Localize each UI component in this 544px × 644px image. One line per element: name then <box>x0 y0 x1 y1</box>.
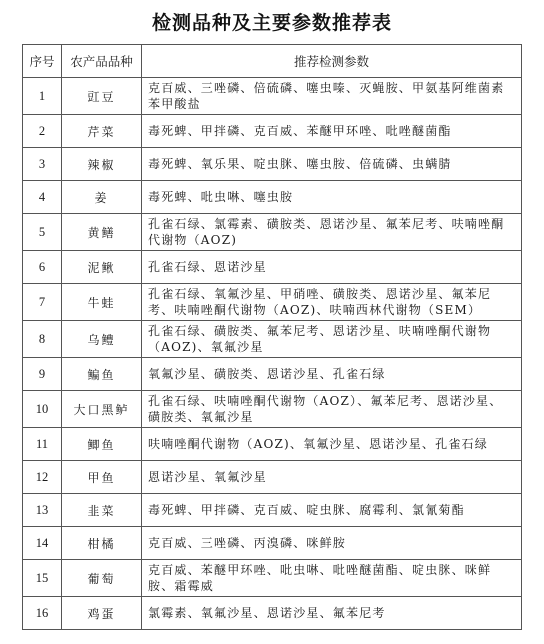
row-number: 4 <box>23 181 62 214</box>
table-row: 12甲鱼恩诺沙星、氧氟沙星 <box>23 461 522 494</box>
header-recommended-parameters: 推荐检测参数 <box>142 45 522 78</box>
row-number: 7 <box>23 284 62 321</box>
product-variety: 韭菜 <box>62 494 142 527</box>
row-number: 14 <box>23 527 62 560</box>
table-row: 11鲫鱼呋喃唑酮代谢物（AOZ)、氧氟沙星、恩诺沙星、孔雀石绿 <box>23 428 522 461</box>
product-variety: 鸡蛋 <box>62 597 142 630</box>
table-row: 2芹菜毒死蜱、甲拌磷、克百威、苯醚甲环唑、吡唑醚菌酯 <box>23 115 522 148</box>
product-variety: 鳊鱼 <box>62 358 142 391</box>
table-row: 1豇豆克百威、三唑磷、倍硫磷、噻虫嗪、灭蝇胺、甲氨基阿维菌素苯甲酸盐 <box>23 78 522 115</box>
table-row: 14柑橘克百威、三唑磷、丙溴磷、咪鲜胺 <box>23 527 522 560</box>
product-variety: 鲫鱼 <box>62 428 142 461</box>
table-row: 15葡萄克百威、苯醚甲环唑、吡虫啉、吡唑醚菌酯、啶虫脒、咪鲜胺、霜霉威 <box>23 560 522 597</box>
table-row: 5黄鳝孔雀石绿、氯霉素、磺胺类、恩诺沙星、氟苯尼考、呋喃唑酮代谢物（AOZ) <box>23 214 522 251</box>
row-number: 16 <box>23 597 62 630</box>
recommended-parameters-table: 序号 农产品品种 推荐检测参数 1豇豆克百威、三唑磷、倍硫磷、噻虫嗪、灭蝇胺、甲… <box>22 44 522 630</box>
recommended-parameters: 氯霉素、氧氟沙星、恩诺沙星、氟苯尼考 <box>142 597 522 630</box>
product-variety: 葡萄 <box>62 560 142 597</box>
product-variety: 辣椒 <box>62 148 142 181</box>
product-variety: 牛蛙 <box>62 284 142 321</box>
header-product-variety: 农产品品种 <box>62 45 142 78</box>
recommended-parameters: 孔雀石绿、氧氟沙星、甲硝唑、磺胺类、恩诺沙星、氟苯尼考、呋喃唑酮代谢物（AOZ)… <box>142 284 522 321</box>
product-variety: 黄鳝 <box>62 214 142 251</box>
recommended-parameters: 毒死蜱、吡虫啉、噻虫胺 <box>142 181 522 214</box>
product-variety: 甲鱼 <box>62 461 142 494</box>
product-variety: 泥鳅 <box>62 251 142 284</box>
row-number: 5 <box>23 214 62 251</box>
recommended-parameters: 呋喃唑酮代谢物（AOZ)、氧氟沙星、恩诺沙星、孔雀石绿 <box>142 428 522 461</box>
recommended-parameters: 克百威、苯醚甲环唑、吡虫啉、吡唑醚菌酯、啶虫脒、咪鲜胺、霜霉威 <box>142 560 522 597</box>
product-variety: 大口黑鲈 <box>62 391 142 428</box>
recommended-parameters: 孔雀石绿、磺胺类、氟苯尼考、恩诺沙星、呋喃唑酮代谢物（AOZ)、氧氟沙星 <box>142 321 522 358</box>
recommended-parameters: 毒死蜱、甲拌磷、克百威、苯醚甲环唑、吡唑醚菌酯 <box>142 115 522 148</box>
header-serial-number: 序号 <box>23 45 62 78</box>
row-number: 15 <box>23 560 62 597</box>
recommended-parameters: 孔雀石绿、恩诺沙星 <box>142 251 522 284</box>
row-number: 8 <box>23 321 62 358</box>
product-variety: 芹菜 <box>62 115 142 148</box>
recommended-parameters: 恩诺沙星、氧氟沙星 <box>142 461 522 494</box>
row-number: 13 <box>23 494 62 527</box>
table-row: 4姜毒死蜱、吡虫啉、噻虫胺 <box>23 181 522 214</box>
row-number: 11 <box>23 428 62 461</box>
table-row: 6泥鳅孔雀石绿、恩诺沙星 <box>23 251 522 284</box>
row-number: 10 <box>23 391 62 428</box>
document-title: 检测品种及主要参数推荐表 <box>0 8 544 35</box>
table-row: 9鳊鱼氧氟沙星、磺胺类、恩诺沙星、孔雀石绿 <box>23 358 522 391</box>
recommended-parameters: 克百威、三唑磷、倍硫磷、噻虫嗪、灭蝇胺、甲氨基阿维菌素苯甲酸盐 <box>142 78 522 115</box>
table-row: 3辣椒毒死蜱、氧乐果、啶虫脒、噻虫胺、倍硫磷、虫螨腈 <box>23 148 522 181</box>
recommended-parameters: 毒死蜱、甲拌磷、克百威、啶虫脒、腐霉利、氯氰菊酯 <box>142 494 522 527</box>
row-number: 3 <box>23 148 62 181</box>
row-number: 6 <box>23 251 62 284</box>
row-number: 1 <box>23 78 62 115</box>
row-number: 12 <box>23 461 62 494</box>
table-row: 13韭菜毒死蜱、甲拌磷、克百威、啶虫脒、腐霉利、氯氰菊酯 <box>23 494 522 527</box>
product-variety: 柑橘 <box>62 527 142 560</box>
row-number: 9 <box>23 358 62 391</box>
recommended-parameters: 氧氟沙星、磺胺类、恩诺沙星、孔雀石绿 <box>142 358 522 391</box>
table-row: 16鸡蛋氯霉素、氧氟沙星、恩诺沙星、氟苯尼考 <box>23 597 522 630</box>
product-variety: 豇豆 <box>62 78 142 115</box>
table-header-row: 序号 农产品品种 推荐检测参数 <box>23 45 522 78</box>
recommended-parameters: 毒死蜱、氧乐果、啶虫脒、噻虫胺、倍硫磷、虫螨腈 <box>142 148 522 181</box>
product-variety: 乌鳢 <box>62 321 142 358</box>
product-variety: 姜 <box>62 181 142 214</box>
table-row: 10大口黑鲈孔雀石绿、呋喃唑酮代谢物（AOZ）、氟苯尼考、恩诺沙星、磺胺类、氧氟… <box>23 391 522 428</box>
recommended-parameters: 孔雀石绿、呋喃唑酮代谢物（AOZ）、氟苯尼考、恩诺沙星、磺胺类、氧氟沙星 <box>142 391 522 428</box>
table-row: 8乌鳢孔雀石绿、磺胺类、氟苯尼考、恩诺沙星、呋喃唑酮代谢物（AOZ)、氧氟沙星 <box>23 321 522 358</box>
table-row: 7牛蛙孔雀石绿、氧氟沙星、甲硝唑、磺胺类、恩诺沙星、氟苯尼考、呋喃唑酮代谢物（A… <box>23 284 522 321</box>
recommended-parameters: 克百威、三唑磷、丙溴磷、咪鲜胺 <box>142 527 522 560</box>
recommended-parameters: 孔雀石绿、氯霉素、磺胺类、恩诺沙星、氟苯尼考、呋喃唑酮代谢物（AOZ) <box>142 214 522 251</box>
row-number: 2 <box>23 115 62 148</box>
